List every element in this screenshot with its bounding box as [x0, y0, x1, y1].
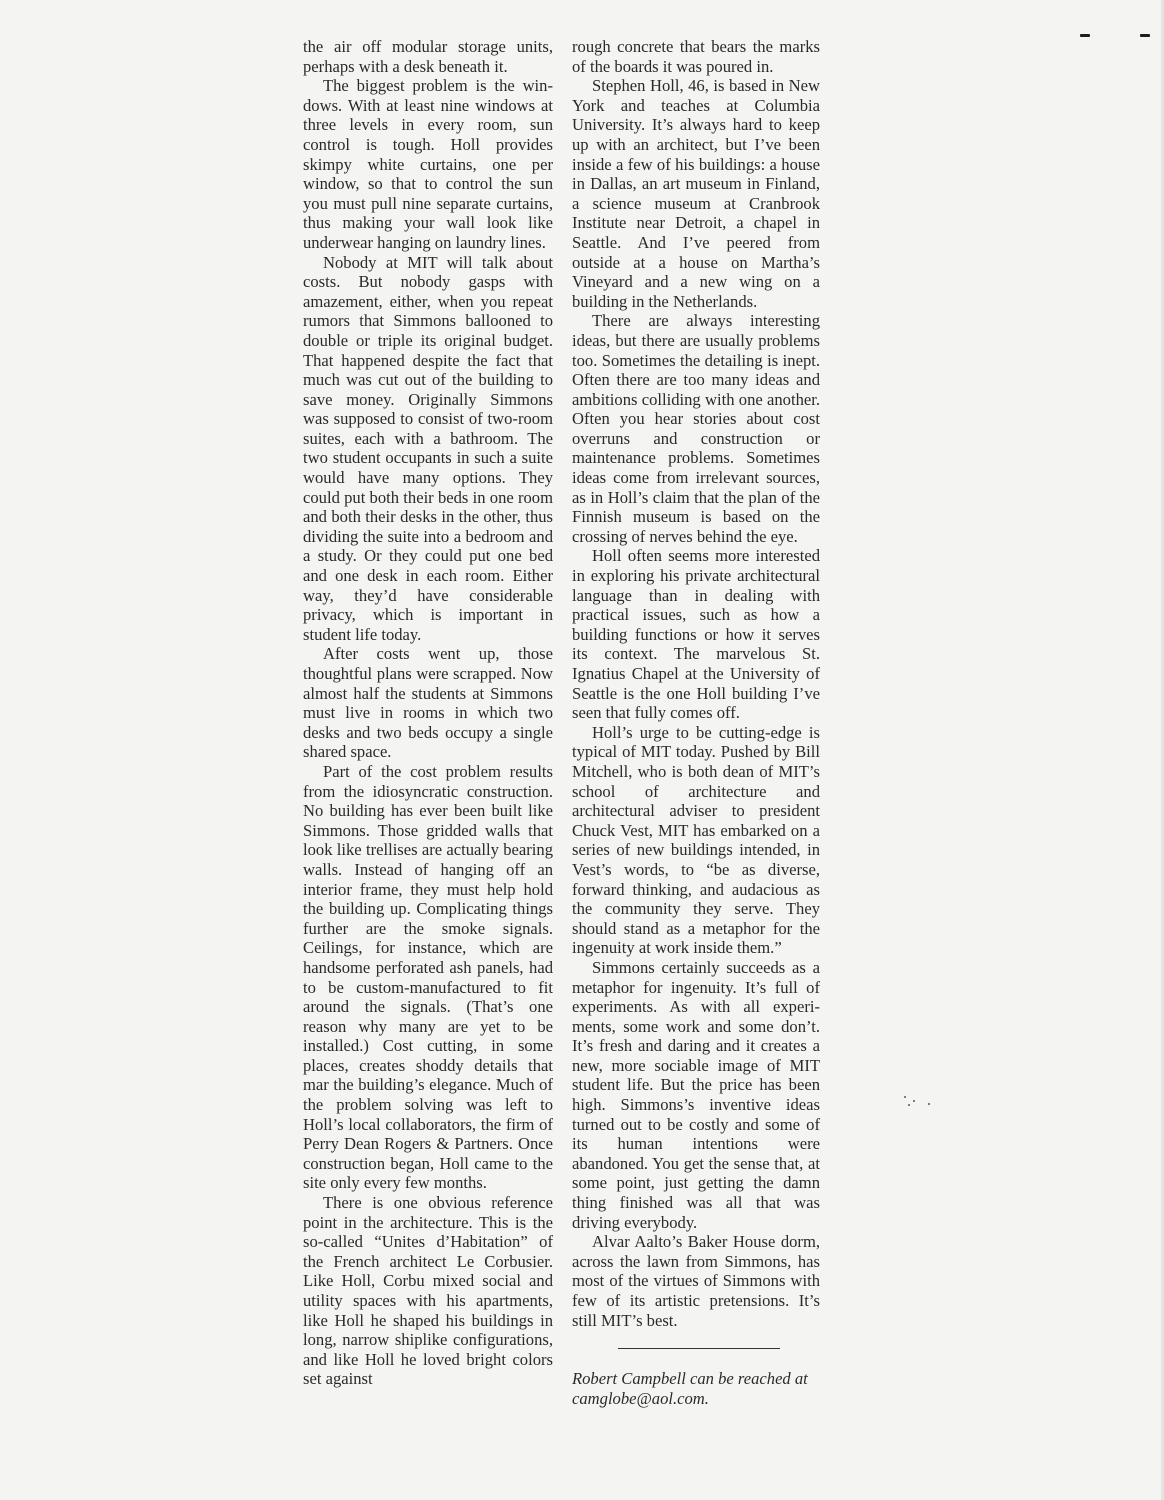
paragraph: Part of the cost problem results from th…	[303, 762, 553, 1193]
scan-speck	[928, 1103, 930, 1105]
paragraph: There is one obvious reference point in …	[303, 1193, 553, 1389]
article-column-left: the air off modular storage units, perha…	[303, 37, 553, 1389]
article-column-right: rough concrete that bears the marks of t…	[572, 37, 820, 1408]
end-rule	[618, 1348, 780, 1349]
scan-speck	[908, 1104, 910, 1106]
paragraph: The biggest problem is the win­dows. Wit…	[303, 76, 553, 252]
paragraph: There are always interesting ideas, but …	[572, 311, 820, 546]
paragraph: Nobody at MIT will talk about costs. But…	[303, 253, 553, 645]
author-credit: Robert Campbell can be reached at camglo…	[572, 1369, 820, 1408]
paragraph: Stephen Holl, 46, is based in New York a…	[572, 76, 820, 311]
scan-speck	[913, 1100, 915, 1102]
paragraph: the air off modular storage units, perha…	[303, 37, 553, 76]
scan-mark	[1080, 34, 1090, 37]
paragraph: Holl’s urge to be cutting-edge is typica…	[572, 723, 820, 958]
paragraph: After costs went up, those thoughtful pl…	[303, 644, 553, 762]
scan-speck	[904, 1096, 906, 1098]
scan-mark	[1140, 34, 1150, 37]
paragraph: Holl often seems more interest­ed in exp…	[572, 546, 820, 722]
paragraph: Simmons certainly succeeds as a metaphor…	[572, 958, 820, 1232]
paragraph: rough concrete that bears the marks of t…	[572, 37, 820, 76]
paragraph: Alvar Aalto’s Baker House dorm, across t…	[572, 1232, 820, 1330]
